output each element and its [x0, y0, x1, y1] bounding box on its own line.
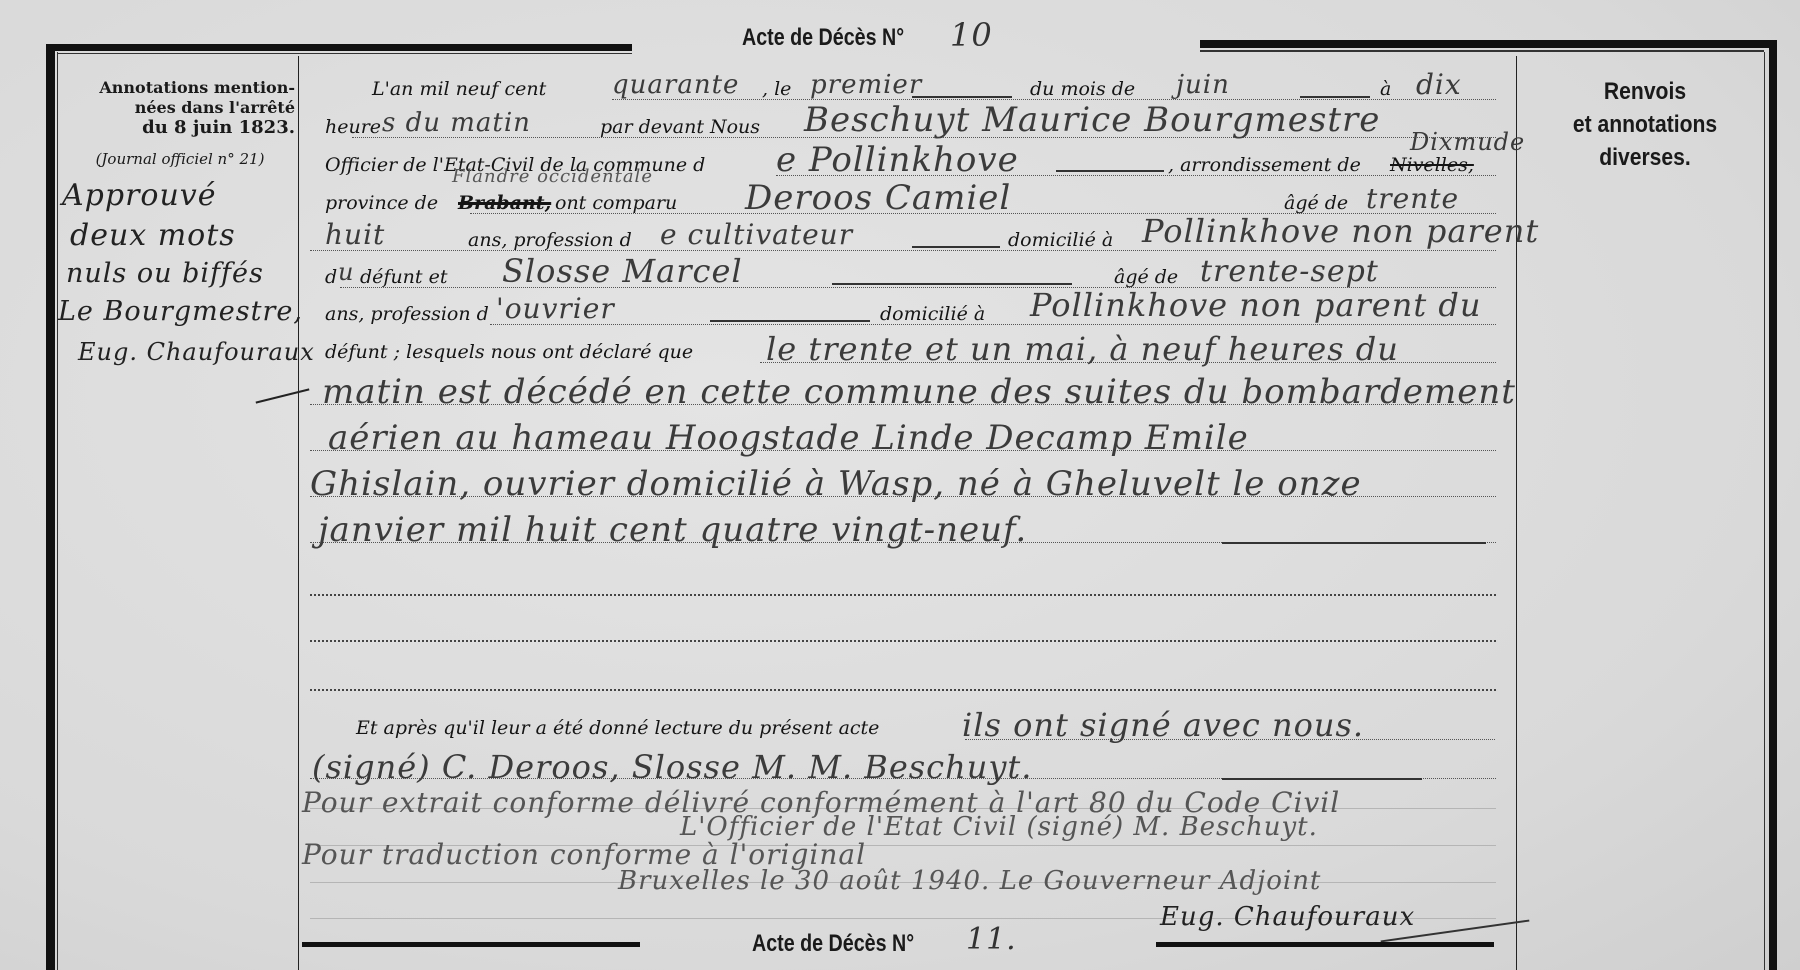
handwritten-profession-1: e cultivateur [660, 218, 853, 251]
struck-text: Brabant, [458, 192, 551, 214]
handwritten-age-1: trente [1366, 182, 1459, 215]
printed-text: âgé de [1284, 192, 1348, 214]
act-number: 10 [950, 16, 993, 54]
handwritten-domicile-2: Pollinkhove non parent du [1030, 286, 1481, 324]
act-title-label: Acte de Décès N° [742, 24, 904, 51]
printed-text: heure [325, 116, 381, 138]
closing-handwritten: ils ont signé avec nous. [962, 706, 1364, 744]
register-page: Acte de Décès N° 10 Annotations mention-… [0, 0, 1800, 970]
frame-border-right-inner [1764, 52, 1765, 970]
left-note-line: deux mots [70, 218, 310, 253]
printed-text: par devant Nous [600, 116, 760, 138]
annotations-title-line: du 8 juin 1823. [70, 118, 295, 138]
printed-text: ans, profession d [468, 229, 632, 251]
handwritten-province: Flandre occidentale [452, 166, 653, 187]
handwritten-hour: dix [1416, 68, 1462, 101]
handwritten-officer: Beschuyt Maurice Bourgmestre [804, 100, 1380, 140]
printed-text: , arrondissement de [1168, 154, 1361, 176]
renvois-title: Renvois et annotations diverses. [1544, 75, 1746, 174]
next-act-title: Acte de Décès N° [752, 930, 914, 958]
printed-text: défunt ; lesquels nous ont déclaré que [325, 341, 693, 363]
handwritten-year: quarante [612, 70, 739, 100]
renvois-title-line: et annotations [1544, 108, 1746, 141]
printed-text: domicilié à [1008, 229, 1113, 251]
next-act-number: 11. [966, 922, 1017, 957]
annotations-subtitle: (Journal officiel n° 21) [70, 150, 290, 168]
printed-text: à [1380, 78, 1391, 100]
printed-text: du mois de [1030, 78, 1135, 100]
handwritten-age-2: trente-sept [1200, 254, 1379, 289]
next-act-bar-right [1156, 942, 1494, 947]
left-note-line: Approuvé [62, 178, 302, 213]
closing-printed: Et après qu'il leur a été donné lecture … [356, 717, 879, 739]
handwritten-domicile-1: Pollinkhove non parent [1142, 212, 1539, 250]
frame-top-right-inner [1200, 50, 1764, 52]
frame-top-left-inner [57, 53, 632, 54]
frame-top-right-bar [1200, 40, 1777, 48]
printed-text: âgé de [1114, 266, 1178, 288]
printed-text: , le [762, 78, 791, 100]
renvois-title-line: diverses. [1544, 141, 1746, 174]
handwritten-age-1b: huit [325, 218, 385, 251]
printed-text: ans, profession d [325, 303, 489, 325]
printed-text: domicilié à [880, 303, 985, 325]
handwritten-arrondissement: Dixmude [1410, 128, 1525, 156]
renvois-title-line: Renvois [1544, 75, 1746, 108]
handwritten-text: u [338, 258, 354, 286]
printed-text: province de [325, 192, 438, 214]
handwritten-declarant-1: Deroos Camiel [745, 178, 1011, 218]
frame-top-left-bar [46, 44, 632, 51]
right-column-divider [1516, 56, 1517, 970]
signatures-line: (signé) C. Deroos, Slosse M. M. Beschuyt… [312, 748, 1032, 786]
handwritten-narrative: Ghislain, ouvrier domicilié à Wasp, né à… [310, 464, 1362, 504]
annotations-title: Annotations mention- nées dans l'arrêté … [70, 78, 295, 138]
frame-border-right [1769, 44, 1777, 970]
act-title: Acte de Décès N° [742, 24, 904, 52]
handwritten-narrative: janvier mil huit cent quatre vingt-neuf. [318, 510, 1027, 550]
extract-note-line: Bruxelles le 30 août 1940. Le Gouverneur… [618, 866, 1321, 896]
handwritten-narrative: matin est décédé en cette commune des su… [322, 372, 1516, 412]
printed-text: ont comparu [555, 192, 677, 214]
struck-text: Nivelles, [1390, 154, 1474, 176]
left-note-line: nuls ou biffés [66, 258, 306, 289]
frame-border-left [46, 44, 55, 970]
governor-signature: Eug. Chaufouraux [1160, 902, 1415, 932]
handwritten-profession-2: 'ouvrier [496, 292, 615, 325]
handwritten-month: juin [1176, 70, 1230, 100]
annotations-title-line: Annotations mention- [70, 78, 295, 98]
handwritten-commune: e Pollinkhove [776, 140, 1019, 180]
left-note-line: Le Bourgmestre, [58, 296, 298, 327]
next-act-bar-left [302, 942, 640, 947]
handwritten-narrative: aérien au hameau Hoogstade Linde Decamp … [328, 418, 1249, 458]
frame-border-left-inner [57, 52, 58, 970]
left-note-signature: Eug. Chaufouraux [78, 338, 318, 366]
printed-text: L'an mil neuf cent [372, 78, 546, 100]
signature-flourish [256, 388, 310, 403]
handwritten-time: s du matin [382, 108, 531, 138]
printed-text: d [325, 266, 337, 288]
printed-text: défunt et [360, 266, 447, 288]
handwritten-declarant-2: Slosse Marcel [502, 252, 743, 290]
annotations-title-line: nées dans l'arrêté [70, 98, 295, 118]
handwritten-day: premier [810, 70, 922, 100]
handwritten-death-date: le trente et un mai, à neuf heures du [766, 330, 1399, 368]
